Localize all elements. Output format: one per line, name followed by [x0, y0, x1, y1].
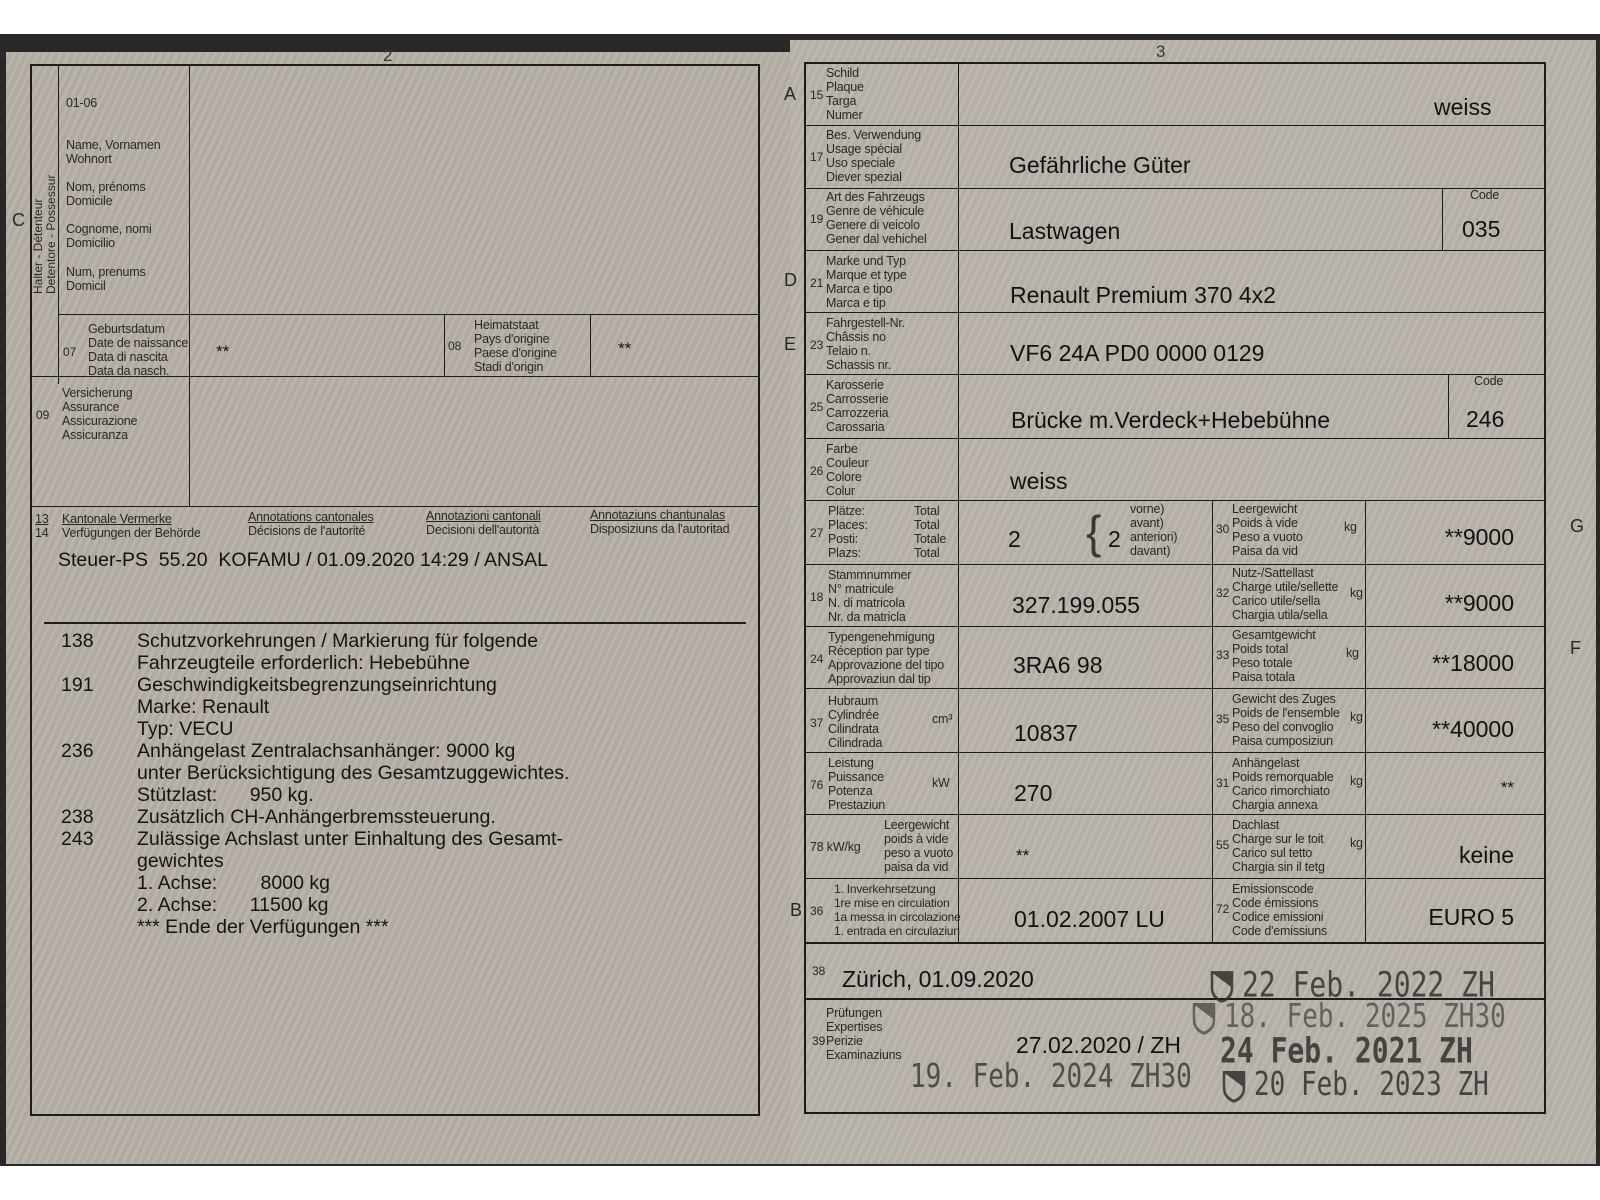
field-code: 27	[810, 526, 823, 540]
field-label: Fahrgestell-Nr.	[826, 316, 905, 330]
field-label: Paese d'origine	[474, 346, 557, 360]
total-weight-value: **18000	[1432, 650, 1514, 677]
field-label: Carico utile/sella	[1232, 594, 1320, 608]
decisions-heading-it: Decisioni dell'autorità	[426, 523, 539, 537]
divider	[804, 188, 1546, 189]
field-label: Cilindrata	[828, 722, 879, 736]
divider	[1442, 188, 1443, 250]
field-label: Date de naissance	[88, 336, 188, 350]
field-label: Total	[914, 504, 939, 518]
inspection-stamp: 20 Feb. 2023 ZH	[1222, 1066, 1489, 1104]
seats-front-value: 2	[1108, 526, 1121, 553]
field-label: Colur	[826, 484, 855, 498]
divider	[804, 942, 1546, 944]
field-label: Places:	[828, 518, 868, 532]
field-code: 39	[812, 1034, 825, 1048]
decision-item: 191 Geschwindigkeitsbegrenzungseinrichtu…	[61, 674, 569, 740]
field-code: 23	[810, 338, 823, 352]
code-label: Code	[1470, 188, 1499, 202]
field-label: avant)	[1130, 516, 1164, 530]
field-label: Châssis no	[826, 330, 886, 344]
decision-item: 238 Zusätzlich CH-Anhängerbremssteuerung…	[61, 806, 569, 828]
unit-label: kg	[1350, 710, 1363, 724]
field-label: Peso a vuoto	[1232, 530, 1303, 544]
power-weight-value: **	[1016, 846, 1029, 866]
field-label: Total	[914, 546, 939, 560]
field-code: 21	[810, 276, 823, 290]
field-code: 08	[448, 339, 461, 353]
field-label: Carico rimorchiato	[1232, 784, 1330, 798]
field-code: 30	[1216, 522, 1229, 536]
label-column-divider	[958, 62, 959, 942]
field-label: Posti:	[828, 532, 858, 546]
field-label: Gesamtgewicht	[1232, 628, 1316, 642]
field-label: Leergewicht	[884, 818, 949, 832]
field-label: Colore	[826, 470, 862, 484]
field-label: vorne)	[1130, 502, 1164, 516]
field-label: Chargia sin il tetg	[1232, 860, 1325, 874]
annotation-heading-rm: Annotaziuns chantunalas	[590, 508, 725, 522]
field-label: Potenza	[828, 784, 872, 798]
holder-label: Nom, prénoms	[66, 180, 146, 194]
field-label: Genere di veicolo	[826, 218, 920, 232]
field-label: paisa da vid	[884, 860, 948, 874]
displacement-value: 10837	[1014, 720, 1078, 747]
field-label: Perizie	[826, 1034, 863, 1048]
field-code: 18	[810, 590, 823, 604]
unit-label: kg	[1346, 646, 1359, 660]
divider	[804, 438, 1546, 439]
inspections-value: 27.02.2020 / ZH	[1016, 1032, 1181, 1059]
divider	[590, 314, 591, 376]
field-label: 1. Inverkehrsetzung	[834, 882, 936, 896]
margin-letter-d: D	[784, 270, 797, 291]
field-label: Art des Fahrzeugs	[826, 190, 925, 204]
margin-letter-c: C	[12, 210, 25, 231]
field-label: Nr. da matricla	[828, 610, 906, 624]
field-label: Pays d'origine	[474, 332, 549, 346]
field-label: Plazs:	[828, 546, 861, 560]
field-label: Typengenehmigung	[828, 630, 935, 644]
field-label: Chargia annexa	[1232, 798, 1317, 812]
field-label: Diever spezial	[826, 170, 902, 184]
unit-label: kg	[1350, 586, 1363, 600]
decisions-heading-rm: Disposiziuns da l'autoritad	[590, 522, 729, 536]
type-approval-value: 3RA6 98	[1013, 652, 1103, 679]
make-model-value: Renault Premium 370 4x2	[1010, 282, 1276, 309]
field-label: Data da nasch.	[88, 364, 169, 378]
train-weight-value: **40000	[1432, 716, 1514, 743]
home-country-value: **	[618, 339, 631, 359]
annotation-heading-de: Kantonale Vermerke	[62, 512, 172, 526]
field-label: Peso del convoglio	[1232, 720, 1333, 734]
field-label: Marca e tipo	[826, 282, 892, 296]
field-label: Stammnummer	[828, 568, 911, 582]
field-label: Plätze:	[828, 504, 865, 518]
color-value: weiss	[1010, 468, 1068, 495]
field-code: 38	[812, 964, 825, 978]
field-label: Total	[914, 518, 939, 532]
field-label: Couleur	[826, 456, 868, 470]
field-label: Prestaziun	[828, 798, 885, 812]
holder-label: Name, Vornamen	[66, 138, 160, 152]
field-label: Bes. Verwendung	[826, 128, 921, 142]
field-label: Cilindrada	[828, 736, 882, 750]
field-label: Réception par type	[828, 644, 929, 658]
seats-total-value: 2	[1008, 526, 1021, 553]
field-code: 78 kW/kg	[810, 840, 861, 854]
unit-label: kW	[932, 776, 950, 790]
field-label: 1. entrada en circulaziun	[834, 924, 960, 938]
divider	[1212, 500, 1213, 942]
field-label: Approvazione del tipo	[828, 658, 944, 672]
field-label: Puissance	[828, 770, 884, 784]
birth-date-value: **	[216, 342, 229, 362]
decision-item: 236 Anhängelast Zentralachsanhänger: 900…	[61, 740, 569, 806]
plate-value: weiss	[1434, 94, 1492, 121]
empty-weight-value: **9000	[1445, 524, 1514, 551]
field-label: poids à vide	[884, 832, 948, 846]
field-label: Geburtsdatum	[88, 322, 165, 336]
field-label: Poids de l'ensemble	[1232, 706, 1340, 720]
left-page: 2 C Halter - Détenteur Detentore - Posse…	[6, 52, 792, 1164]
decision-item: 243 Zulässige Achslast unter Einhaltung …	[61, 828, 569, 938]
field-label: Heimatstaat	[474, 318, 539, 332]
field-label: 1a messa in circolazione	[834, 910, 961, 924]
field-label: Approvaziun dal tip	[828, 672, 931, 686]
page-number: 2	[383, 46, 392, 66]
label-column-divider	[189, 66, 190, 506]
unit-label: kg	[1344, 520, 1357, 534]
field-label: davant)	[1130, 544, 1170, 558]
unit-label: kg	[1350, 774, 1363, 788]
divider	[804, 814, 1546, 815]
divider	[444, 314, 445, 376]
holder-label: Cognome, nomi	[66, 222, 152, 236]
field-label: Genre de véhicule	[826, 204, 924, 218]
field-code: 33	[1216, 648, 1229, 662]
tax-line: Steuer-PS 55.20 KOFAMU / 01.09.2020 14:2…	[58, 549, 548, 572]
field-label: Plaque	[826, 80, 864, 94]
field-label: Paisa da vid	[1232, 544, 1298, 558]
divider	[804, 626, 1546, 627]
field-label: Leergewicht	[1232, 502, 1297, 516]
divider	[58, 314, 760, 315]
brace: {	[1086, 504, 1101, 560]
field-code: 17	[810, 150, 823, 164]
issue-place-date-value: Zürich, 01.09.2020	[842, 966, 1034, 993]
field-label: Assurance	[62, 400, 119, 414]
payload-value: **9000	[1445, 590, 1514, 617]
field-label: Prüfungen	[826, 1006, 882, 1020]
field-label: Marca e tip	[826, 296, 886, 310]
field-label: Gener dal vehichel	[826, 232, 927, 246]
field-label: Hubraum	[828, 694, 878, 708]
divider	[1448, 374, 1449, 438]
field-code: 76	[810, 778, 823, 792]
right-page: 3 A D E B G F 15 Schild Plaque Targa Num…	[790, 40, 1596, 1164]
field-code: 72	[1216, 902, 1229, 916]
unit-label: cm³	[932, 712, 952, 726]
field-label: Marke und Typ	[826, 254, 906, 268]
field-label: 1re mise en circulation	[834, 896, 949, 910]
divider	[804, 500, 1546, 501]
emission-code-value: EURO 5	[1428, 904, 1514, 931]
field-label: Poids total	[1232, 642, 1288, 656]
page-number: 3	[1156, 42, 1165, 62]
field-code: 25	[810, 400, 823, 414]
margin-letter-a: A	[784, 84, 796, 105]
holder-side-label: Halter - Détenteur Detentore - Possessur	[32, 175, 58, 294]
field-label: Cylindrée	[828, 708, 879, 722]
field-label: Peso totale	[1232, 656, 1292, 670]
field-label: Data di nascita	[88, 350, 168, 364]
field-label: anteriori)	[1130, 530, 1177, 544]
chassis-value: VF6 24A PD0 0000 0129	[1010, 340, 1264, 367]
zurich-shield-icon	[1222, 1069, 1246, 1102]
field-code: 55	[1216, 838, 1229, 852]
field-label: Poids remorquable	[1232, 770, 1334, 784]
divider	[44, 622, 746, 624]
divider	[30, 506, 760, 507]
holder-side-divider	[58, 66, 59, 384]
annotation-heading-fr: Annotations cantonales	[248, 510, 374, 524]
field-label: Carrozzeria	[826, 406, 888, 420]
vehicle-type-code: 035	[1462, 216, 1500, 243]
field-label: Carossaria	[826, 420, 884, 434]
matricule-value: 327.199.055	[1012, 592, 1140, 619]
divider	[804, 878, 1546, 879]
power-value: 270	[1014, 780, 1052, 807]
field-label: Expertises	[826, 1020, 882, 1034]
field-label: Assicuranza	[62, 428, 128, 442]
special-use-value: Gefährliche Güter	[1009, 152, 1191, 179]
field-code: 07	[63, 345, 76, 359]
field-code: 09	[36, 408, 49, 422]
field-label: Stadi d'origin	[474, 360, 543, 374]
field-label: Schild	[826, 66, 859, 80]
holder-label: Domicilio	[66, 236, 115, 250]
field-label: Dachlast	[1232, 818, 1279, 832]
field-code: 37	[810, 716, 823, 730]
divider	[804, 312, 1546, 313]
divider	[804, 688, 1546, 689]
holder-label: Wohnort	[66, 152, 112, 166]
inspection-stamp: 24 Feb. 2021 ZH	[1220, 1030, 1473, 1071]
field-label: Paisa cumposiziun	[1232, 734, 1333, 748]
field-label: Codice emissioni	[1232, 910, 1323, 924]
divider	[804, 564, 1546, 565]
body-value: Brücke m.Verdeck+Hebebühne	[1011, 407, 1330, 434]
field-label: Carrosserie	[826, 392, 888, 406]
holder-label: Domicile	[66, 194, 112, 208]
roof-load-value: keine	[1459, 842, 1514, 869]
field-label: Schassis nr.	[826, 358, 891, 372]
field-label: Versicherung	[62, 386, 133, 400]
towing-weight-value: **	[1501, 778, 1514, 798]
field-label: N° matricule	[828, 582, 894, 596]
field-label: Karosserie	[826, 378, 884, 392]
field-label: peso a vuoto	[884, 846, 953, 860]
decisions-heading-de: Verfügungen der Behörde	[62, 526, 201, 540]
field-code: 19	[810, 212, 823, 226]
field-label: Carico sul tetto	[1232, 846, 1312, 860]
field-label: Examinaziuns	[826, 1048, 901, 1062]
vehicle-type-value: Lastwagen	[1009, 218, 1120, 245]
field-label: Leistung	[828, 756, 874, 770]
field-label: Assicurazione	[62, 414, 137, 428]
unit-label: kg	[1350, 836, 1363, 850]
field-label: Farbe	[826, 442, 858, 456]
field-code: 31	[1216, 776, 1229, 790]
inspection-stamp: 19. Feb. 2024 ZH30	[910, 1058, 1192, 1096]
field-label: Usage spécial	[826, 142, 902, 156]
field-code: 14	[35, 526, 49, 540]
field-label: Chargia utila/sella	[1232, 608, 1328, 622]
field-label: Nutz-/Sattellast	[1232, 566, 1314, 580]
field-label: Code émissions	[1232, 896, 1318, 910]
divider	[804, 752, 1546, 753]
divider	[804, 125, 1546, 126]
field-code: 26	[810, 464, 823, 478]
field-label: N. di matricola	[828, 596, 905, 610]
margin-letter-f: F	[1570, 638, 1581, 659]
field-label: Telaio n.	[826, 344, 871, 358]
annotation-heading-it: Annotazioni cantonali	[426, 509, 541, 523]
field-code: 35	[1216, 712, 1229, 726]
margin-letter-e: E	[784, 334, 796, 355]
margin-letter-g: G	[1570, 516, 1584, 537]
field-code: 13	[35, 512, 49, 526]
margin-letter-b: B	[790, 900, 802, 921]
decisions-list: 138 Schutzvorkehrungen / Markierung für …	[61, 630, 569, 938]
field-label: Charge sur le toit	[1232, 832, 1324, 846]
field-code: 36	[810, 904, 823, 918]
field-label: Targa	[826, 94, 856, 108]
decision-item: 138 Schutzvorkehrungen / Markierung für …	[61, 630, 569, 674]
field-code: 32	[1216, 586, 1229, 600]
divider	[1365, 500, 1366, 942]
field-label: Gewicht des Zuges	[1232, 692, 1336, 706]
first-registration-value: 01.02.2007 LU	[1014, 906, 1165, 933]
field-label: Marque et type	[826, 268, 907, 282]
divider	[804, 250, 1546, 251]
holder-label: Domicil	[66, 279, 106, 293]
field-code: 24	[810, 652, 823, 666]
holder-label: Num, prenums	[66, 265, 146, 279]
field-label: Emissionscode	[1232, 882, 1313, 896]
zurich-shield-icon	[1192, 1001, 1216, 1034]
holder-code: 01-06	[66, 96, 97, 110]
field-label: Paisa totala	[1232, 670, 1295, 684]
field-label: Anhängelast	[1232, 756, 1299, 770]
code-label: Code	[1474, 374, 1503, 388]
decisions-heading-fr: Décisions de l'autorité	[248, 524, 365, 538]
field-label: Totale	[914, 532, 946, 546]
field-code: 15	[810, 88, 823, 102]
field-label: Numer	[826, 108, 863, 122]
field-label: Uso speciale	[826, 156, 895, 170]
field-label: Poids à vide	[1232, 516, 1298, 530]
body-code: 246	[1466, 406, 1504, 433]
field-label: Charge utile/sellette	[1232, 580, 1338, 594]
divider	[804, 374, 1546, 375]
field-label: Code d'emissiuns	[1232, 924, 1327, 938]
